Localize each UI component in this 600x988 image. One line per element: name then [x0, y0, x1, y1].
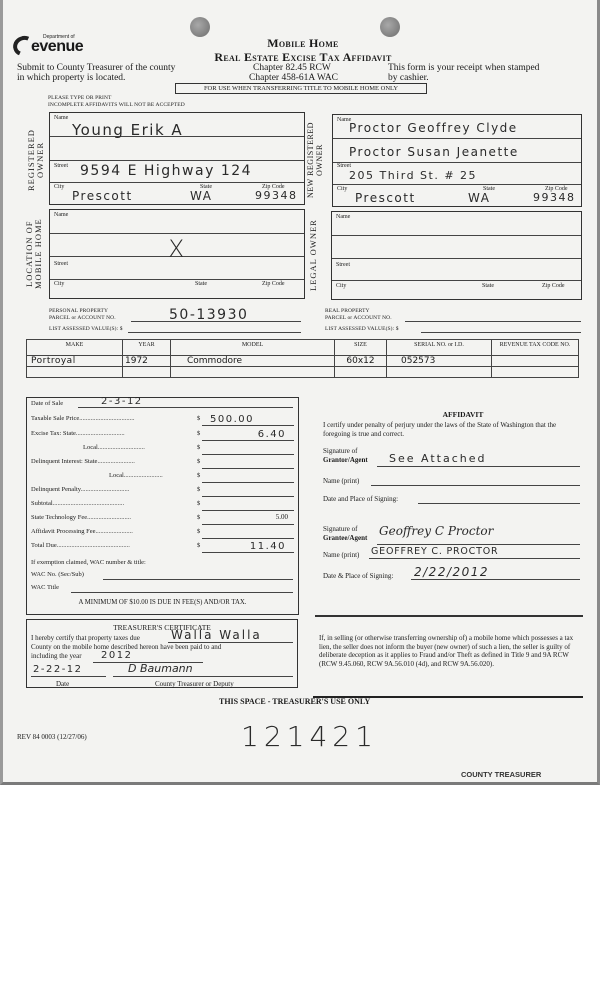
new-owner-name-2[interactable]: Proctor Susan Jeanette [349, 145, 519, 159]
punch-hole [380, 17, 400, 37]
zip-label: Zip Code [262, 281, 285, 287]
affidavit-statement: I certify under penalty of perjury under… [323, 421, 578, 438]
cert-date-label: Date [56, 680, 69, 689]
dollar-sign: $ [197, 528, 200, 535]
dollar-sign: $ [197, 430, 200, 437]
form-id: REV 84 0003 (12/27/06) [17, 733, 87, 741]
taxable-sale-price-value[interactable]: 500.00 [210, 414, 254, 425]
cell-size[interactable]: 60x12 [335, 356, 387, 367]
city-label: City [336, 283, 346, 289]
fee-label: Taxable Sale Price......................… [31, 415, 135, 422]
street-label: Street [336, 262, 350, 268]
fee-label: Total Due...............................… [31, 542, 130, 549]
registered-owner-zip[interactable]: 99348 [255, 189, 298, 202]
cert-date-value[interactable]: 2-22-12 [33, 664, 83, 675]
fee-row-taxable-sale-price: Taxable Sale Price......................… [31, 415, 294, 427]
col-size: SIZE [335, 340, 387, 356]
receipt-note-2: by cashier. [388, 73, 429, 83]
fee-row-affidavit-processing-fee: Affidavit Processing Fee................… [31, 528, 294, 540]
legal-owner-box: Name Street City State Zip Code [331, 211, 582, 300]
lien-notice: If, in selling (or otherwise transferrin… [319, 634, 579, 668]
grantor-date-line[interactable] [418, 494, 580, 504]
city-label: City [337, 186, 347, 192]
new-owner-state[interactable]: WA [468, 191, 490, 205]
new-owner-name-1[interactable]: Proctor Geoffrey Clyde [349, 121, 518, 135]
use-banner: FOR USE WHEN TRANSFERRING TITLE TO MOBIL… [175, 83, 427, 94]
cell-model[interactable] [171, 367, 335, 378]
table-row [27, 367, 579, 378]
wac-title-line[interactable] [71, 583, 293, 593]
grantee-signature-value[interactable]: Geoffrey C Proctor [379, 524, 493, 538]
wac-no-label: WAC No. (Sec/Sub) [31, 571, 84, 578]
registered-owner-name[interactable]: Young Erik A [72, 121, 183, 139]
grantee-signature-label-1: Signature of [323, 525, 357, 534]
submit-note-1: Submit to County Treasurer of the county [17, 63, 175, 73]
state-label: State [195, 281, 207, 287]
grantee-name-label: Name (print) [323, 551, 359, 560]
name-label: Name [54, 115, 68, 121]
fee-label: Delinquent Interest: State..............… [31, 458, 135, 465]
real-property-label: REAL PROPERTY [325, 308, 370, 314]
cell-model[interactable]: Commodore [171, 356, 335, 367]
street-label: Street [54, 163, 68, 169]
fee-row-excise-state: Excise Tax: State.......................… [31, 430, 294, 442]
new-owner-street[interactable]: 205 Third St. # 25 [349, 169, 477, 182]
divider [315, 615, 583, 617]
county-treasurer-stamp: COUNTY TREASURER [461, 770, 541, 779]
fee-row-delinquent-interest-state: Delinquent Interest: State..............… [31, 458, 294, 470]
col-serial: SERIAL NO. or I.D. [387, 340, 492, 356]
grantor-signature-label-2: Grantor/Agent [323, 456, 368, 465]
name-label: Name [54, 212, 68, 218]
personal-assessed-label: LIST ASSESSED VALUE(S): $ [49, 326, 123, 332]
fee-label: Affidavit Processing Fee................… [31, 528, 133, 535]
cell-year[interactable] [123, 367, 171, 378]
dollar-sign: $ [197, 542, 200, 549]
dollar-sign: $ [197, 458, 200, 465]
col-year: YEAR [123, 340, 171, 356]
table-header-row: MAKE YEAR MODEL SIZE SERIAL NO. or I.D. … [27, 340, 579, 356]
registered-owner-state[interactable]: WA [190, 189, 212, 203]
location-label: LOCATION OF MOBILE HOME [25, 210, 49, 298]
grantor-date-label: Date and Place of Signing: [323, 495, 398, 504]
fee-row-delinquent-interest-local: Local........................ $ [31, 472, 294, 484]
grantor-signature-label-1: Signature of [323, 447, 357, 456]
zip-label: Zip Code [542, 283, 565, 289]
instruction-type-print: PLEASE TYPE OR PRINT [48, 95, 111, 101]
instruction-incomplete: INCOMPLETE AFFIDAVITS WILL NOT BE ACCEPT… [48, 102, 185, 108]
new-registered-owner-label: NEW REGISTERED OWNER [306, 115, 332, 205]
fee-row-total-due: Total Due...............................… [31, 542, 294, 554]
dollar-sign: $ [197, 500, 200, 507]
grantee-name-value[interactable]: GEOFFREY C. PROCTOR [371, 546, 498, 557]
real-assessed-label: LIST ASSESSED VALUE(S): $ [325, 326, 399, 332]
personal-parcel-value[interactable]: 50-13930 [169, 307, 248, 323]
state-label: State [482, 283, 494, 289]
real-assessed-line [421, 323, 581, 333]
col-revenue-tax-code: REVENUE TAX CODE NO. [492, 340, 579, 356]
exemption-label: If exemption claimed, WAC number & title… [31, 559, 146, 566]
grantor-signature-value[interactable]: See Attached [389, 452, 486, 465]
fee-row-excise-local: Local............................. $ [31, 444, 294, 456]
fee-row-state-technology-fee: State Technology Fee....................… [31, 514, 294, 526]
dollar-sign: $ [197, 472, 200, 479]
submit-note-2: in which property is located. [17, 73, 125, 83]
fee-label: Delinquent Penalty......................… [31, 486, 129, 493]
fee-label: Excise Tax: State.......................… [31, 430, 125, 437]
city-label: City [54, 281, 64, 287]
form-title-line1: Mobile Home [3, 36, 600, 51]
new-owner-zip[interactable]: 99348 [533, 191, 576, 204]
fee-label: Subtotal................................… [31, 500, 124, 507]
new-owner-city[interactable]: Prescott [355, 191, 416, 205]
cert-signer-label: County Treasurer or Deputy [155, 680, 234, 689]
fee-label: Local............................. [83, 444, 145, 451]
date-of-sale-value[interactable]: 2-3-12 [101, 396, 143, 407]
dollar-sign: $ [197, 514, 200, 521]
cell-revenue-code[interactable] [492, 356, 579, 367]
personal-parcel-label: PARCEL or ACCOUNT NO. [49, 315, 116, 321]
receipt-note-1: This form is your receipt when stamped [388, 63, 539, 73]
certificate-line1: I hereby certify that property taxes due [31, 634, 140, 643]
cell-year[interactable]: 1972 [123, 356, 171, 367]
mobile-home-table: MAKE YEAR MODEL SIZE SERIAL NO. or I.D. … [26, 339, 579, 378]
dollar-sign: $ [197, 415, 200, 422]
total-due-value[interactable]: 11.40 [250, 541, 286, 552]
cell-make[interactable]: Portroyal [27, 356, 123, 367]
col-make: MAKE [27, 340, 123, 356]
city-label: City [54, 184, 64, 190]
registered-owner-street[interactable]: 9594 E Highway 124 [80, 163, 252, 179]
wac-title-label: WAC Title [31, 584, 59, 591]
name-label: Name [336, 214, 350, 220]
fee-label: State Technology Fee....................… [31, 514, 131, 521]
wac-no-line[interactable] [103, 570, 293, 580]
grantee-signature-label-2: Grantee/Agent [323, 534, 367, 543]
personal-property-label: PERSONAL PROPERTY [49, 308, 108, 314]
date-of-sale-label: Date of Sale [31, 400, 63, 407]
cell-make[interactable] [27, 367, 123, 378]
dollar-sign: $ [197, 444, 200, 451]
cell-serial[interactable] [387, 367, 492, 378]
real-parcel-line [405, 312, 581, 322]
street-label: Street [54, 261, 68, 267]
cell-size[interactable] [335, 367, 387, 378]
fee-row-subtotal: Subtotal................................… [31, 500, 294, 512]
certificate-line3: including the year [31, 652, 82, 661]
registered-owner-city[interactable]: Prescott [72, 189, 133, 203]
location-cross-mark: X [168, 235, 186, 263]
personal-assessed-line [128, 323, 301, 333]
county-value[interactable]: Walla Walla [171, 628, 262, 642]
state-technology-fee-value: 5.00 [276, 513, 288, 521]
col-model: MODEL [171, 340, 335, 356]
form-page: Department of evenue Mobile Home Real Es… [0, 0, 600, 785]
grantee-date-value[interactable]: 2/22/2012 [414, 565, 489, 579]
location-box: Name X Street City State Zip Code [49, 209, 305, 299]
table-row: Portroyal 1972 Commodore 60x12 052573 [27, 356, 579, 367]
real-parcel-label: PARCEL or ACCOUNT NO. [325, 315, 392, 321]
fee-row-delinquent-penalty: Delinquent Penalty......................… [31, 486, 294, 498]
cell-revenue-code[interactable] [492, 367, 579, 378]
affidavit-title: AFFIDAVIT [323, 410, 600, 419]
dollar-sign: $ [197, 486, 200, 493]
chapter-rcw: Chapter 82.45 RCW [253, 63, 331, 73]
receipt-number: 121421 [241, 720, 378, 753]
paid-year-value[interactable]: 2012 [101, 650, 132, 661]
grantor-name-label: Name (print) [323, 477, 359, 486]
legal-owner-label: LEGAL OWNER [309, 212, 331, 298]
registered-owner-box: Name Young Erik A Street 9594 E Highway … [49, 112, 305, 205]
punch-hole [190, 17, 210, 37]
grantee-date-label: Date & Place of Signing: [323, 572, 393, 581]
cell-serial[interactable]: 052573 [387, 356, 492, 367]
minimum-due-note: A MINIMUM OF $10.00 IS DUE IN FEE(S) AND… [26, 599, 299, 606]
fee-label: Local........................ [109, 472, 163, 479]
registered-owner-label: REGISTERED OWNER [27, 115, 49, 205]
excise-state-value[interactable]: 6.40 [258, 429, 286, 440]
new-registered-owner-box: Name Proctor Geoffrey Clyde Proctor Susa… [332, 114, 582, 207]
treasurer-use-banner: THIS SPACE - TREASURER'S USE ONLY [219, 697, 370, 706]
chapter-wac: Chapter 458-61A WAC [249, 73, 338, 83]
grantor-name-line[interactable] [371, 476, 580, 486]
treasurer-signature-value[interactable]: D Baumann [128, 662, 193, 675]
